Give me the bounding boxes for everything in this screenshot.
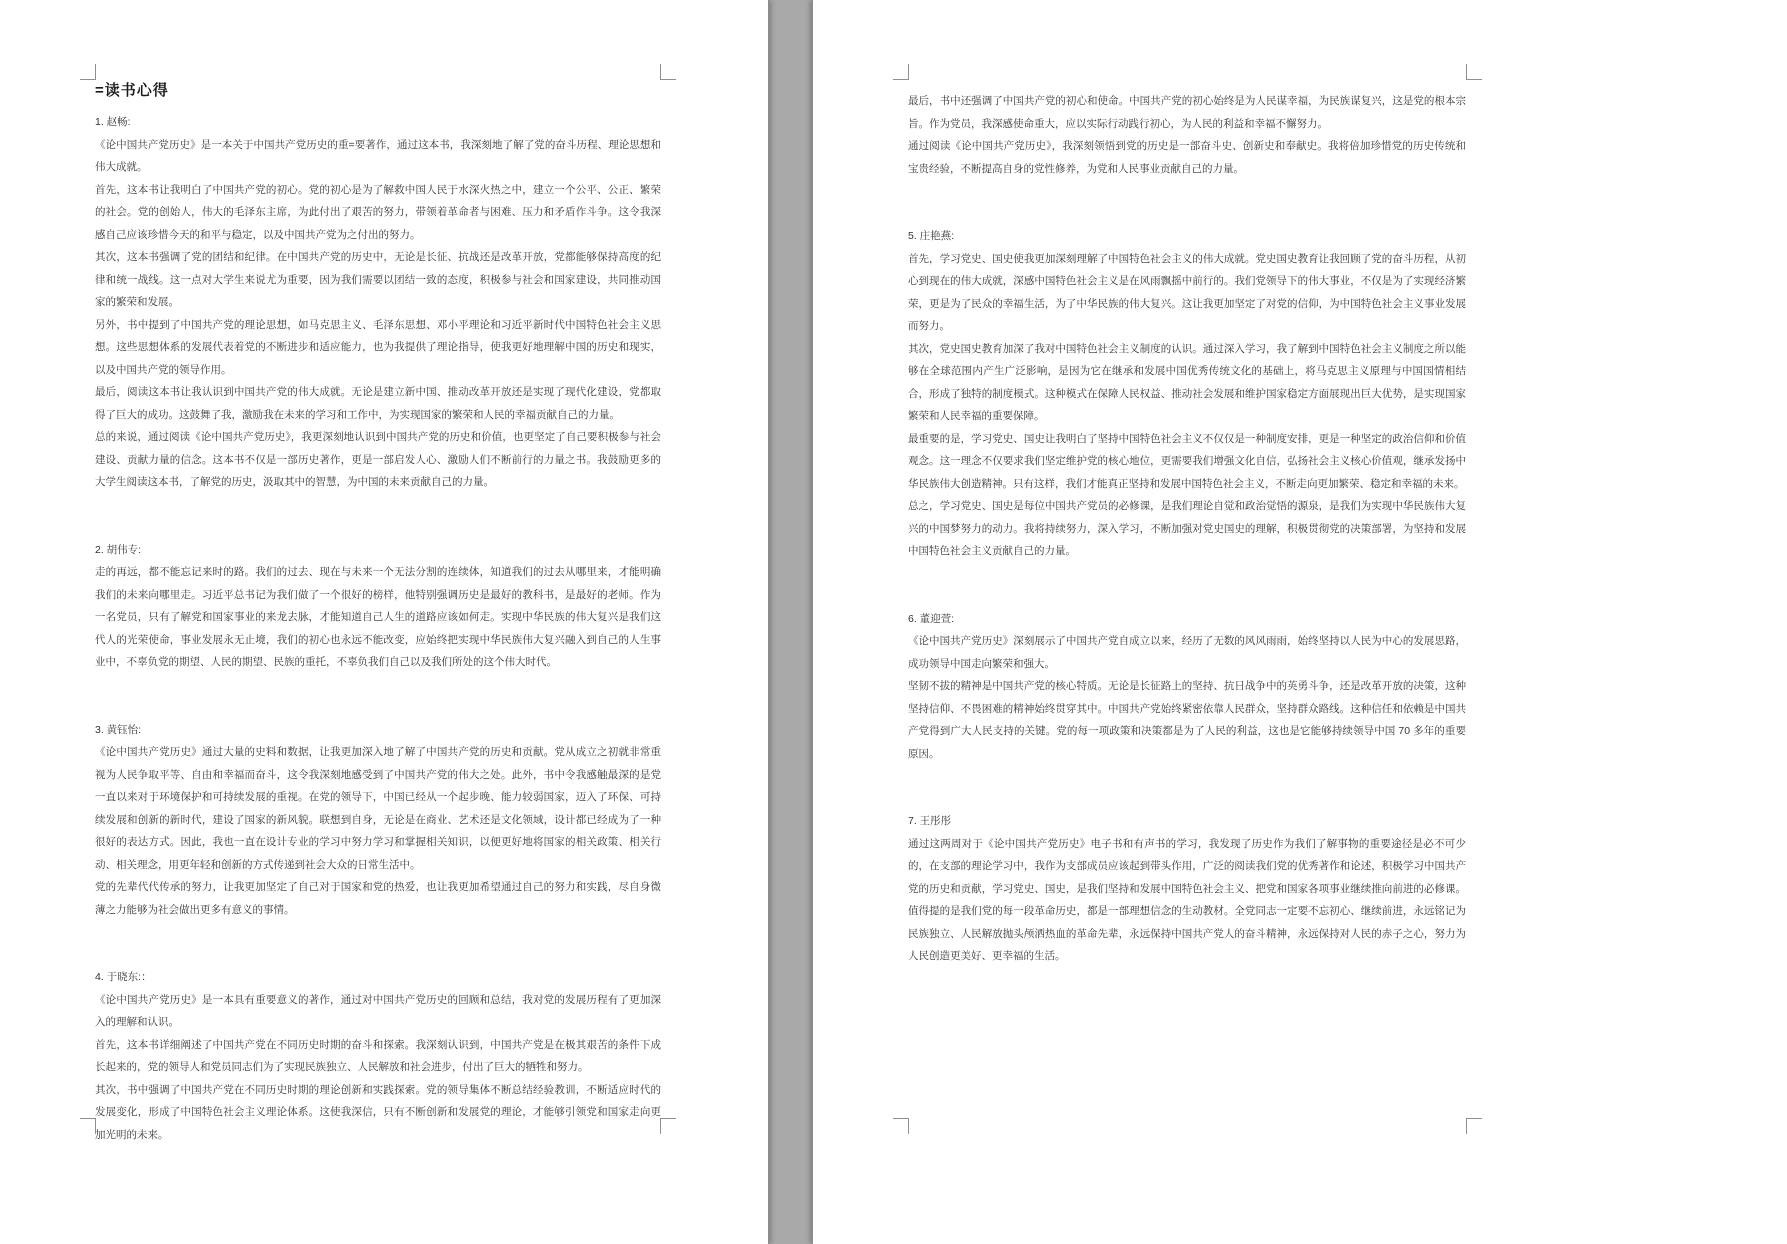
page-2[interactable]: 最后，书中还强调了中国共产党的初心和使命。中国共产党的初心始终是为人民谋幸福，为… (812, 0, 1787, 1244)
paragraph[interactable]: 党的先辈代代传承的努力，让我更加坚定了自己对于国家和党的热爱，也让我更加希望通过… (95, 876, 661, 921)
paragraph[interactable]: 另外，书中提到了中国共产党的理论思想，如马克思主义、毛泽东思想、邓小平理论和习近… (95, 314, 661, 382)
reading-note-section-3: 3. 黄钰怡: 《论中国共产党历史》通过大量的史料和数据，让我更加深入地了解了中… (95, 719, 661, 922)
paragraph[interactable]: 其次，书中强调了中国共产党在不同历史时期的理论创新和实践探索。党的领导集体不断总… (95, 1079, 661, 1147)
section-heading[interactable]: 4. 于晓东:： (95, 966, 661, 989)
crop-mark-top-left (893, 64, 909, 80)
paragraph[interactable]: 通过这两周对于《论中国共产党历史》电子书和有声书的学习，我发现了历史作为我们了解… (908, 833, 1466, 968)
reading-note-section-2: 2. 胡伟专: 走的再远，都不能忘记来时的路。我们的过去、现在与未来一个无法分割… (95, 539, 661, 674)
page-1[interactable]: =读书心得 1. 赵畅: 《论中国共产党历史》是一本关于中国共产党历史的重=要著… (0, 0, 769, 1244)
paragraph[interactable]: 首先，学习党史、国史使我更加深刻理解了中国特色社会主义的伟大成就。党史国史教育让… (908, 248, 1466, 338)
reading-note-section-6: 6. 董迎萱: 《论中国共产党历史》深刻展示了中国共产党自成立以来，经历了无数的… (908, 608, 1466, 766)
crop-mark-top-left (80, 64, 96, 80)
paragraph[interactable]: 首先，这本书让我明白了中国共产党的初心。党的初心是为了解救中国人民于水深火热之中… (95, 179, 661, 247)
paragraph[interactable]: 《论中国共产党历史》是一本具有重要意义的著作，通过对中国共产党历史的回顾和总结，… (95, 989, 661, 1034)
crop-mark-bottom-right (660, 1118, 676, 1134)
paragraph[interactable]: 最后，阅读这本书让我认识到中国共产党的伟大成就。无论是建立新中国、推动改革开放还… (95, 381, 661, 426)
document-view: =读书心得 1. 赵畅: 《论中国共产党历史》是一本关于中国共产党历史的重=要著… (0, 0, 1787, 1244)
paragraph[interactable]: 最后，书中还强调了中国共产党的初心和使命。中国共产党的初心始终是为人民谋幸福，为… (908, 90, 1466, 135)
section-heading[interactable]: 7. 王彤彤 (908, 810, 1466, 833)
paragraph[interactable]: 《论中国共产党历史》深刻展示了中国共产党自成立以来，经历了无数的风风雨雨，始终坚… (908, 630, 1466, 675)
paragraph[interactable]: 其次，这本书强调了党的团结和纪律。在中国共产党的历史中，无论是长征、抗战还是改革… (95, 246, 661, 314)
crop-mark-bottom-right (1466, 1118, 1482, 1134)
section-heading[interactable]: 2. 胡伟专: (95, 539, 661, 562)
reading-note-section-5: 5. 庄艳燕: 首先，学习党史、国史使我更加深刻理解了中国特色社会主义的伟大成就… (908, 225, 1466, 563)
reading-note-section-1: 1. 赵畅: 《论中国共产党历史》是一本关于中国共产党历史的重=要著作，通过这本… (95, 111, 661, 494)
page-2-text: 最后，书中还强调了中国共产党的初心和使命。中国共产党的初心始终是为人民谋幸福，为… (908, 90, 1466, 968)
crop-mark-top-right (1466, 64, 1482, 80)
reading-note-section-4: 4. 于晓东:： 《论中国共产党历史》是一本具有重要意义的著作，通过对中国共产党… (95, 966, 661, 1146)
section-heading[interactable]: 1. 赵畅: (95, 111, 661, 134)
crop-mark-bottom-left (893, 1118, 909, 1134)
reading-note-section-4-continued: 最后，书中还强调了中国共产党的初心和使命。中国共产党的初心始终是为人民谋幸福，为… (908, 90, 1466, 180)
page-title[interactable]: =读书心得 (95, 80, 661, 102)
paragraph[interactable]: 总之，学习党史、国史是每位中国共产党员的必修课，是我们理论自觉和政治觉悟的源泉，… (908, 495, 1466, 563)
paragraph[interactable]: 《论中国共产党历史》通过大量的史料和数据，让我更加深入地了解了中国共产党的历史和… (95, 741, 661, 876)
reading-note-section-7: 7. 王彤彤 通过这两周对于《论中国共产党历史》电子书和有声书的学习，我发现了历… (908, 810, 1466, 968)
paragraph[interactable]: 其次，党史国史教育加深了我对中国特色社会主义制度的认识。通过深入学习，我了解到中… (908, 338, 1466, 428)
section-heading[interactable]: 6. 董迎萱: (908, 608, 1466, 631)
crop-mark-top-right (660, 64, 676, 80)
paragraph[interactable]: 最重要的是，学习党史、国史让我明白了坚持中国特色社会主义不仅仅是一种制度安排，更… (908, 428, 1466, 496)
section-heading[interactable]: 5. 庄艳燕: (908, 225, 1466, 248)
paragraph[interactable]: 《论中国共产党历史》是一本关于中国共产党历史的重=要著作，通过这本书，我深刻地了… (95, 134, 661, 179)
paragraph[interactable]: 首先，这本书详细阐述了中国共产党在不同历史时期的奋斗和探索。我深刻认识到，中国共… (95, 1034, 661, 1079)
paragraph[interactable]: 走的再远，都不能忘记来时的路。我们的过去、现在与未来一个无法分割的连续体，知道我… (95, 561, 661, 674)
paragraph[interactable]: 通过阅读《论中国共产党历史》，我深刻领悟到党的历史是一部奋斗史、创新史和奉献史。… (908, 135, 1466, 180)
paragraph[interactable]: 总的来说，通过阅读《论中国共产党历史》，我更深刻地认识到中国共产党的历史和价值，… (95, 426, 661, 494)
paragraph[interactable]: 坚韧不拔的精神是中国共产党的核心特质。无论是长征路上的坚持、抗日战争中的英勇斗争… (908, 675, 1466, 765)
page-1-text: =读书心得 1. 赵畅: 《论中国共产党历史》是一本关于中国共产党历史的重=要著… (95, 80, 661, 1146)
section-heading[interactable]: 3. 黄钰怡: (95, 719, 661, 742)
crop-mark-bottom-left (80, 1118, 96, 1134)
